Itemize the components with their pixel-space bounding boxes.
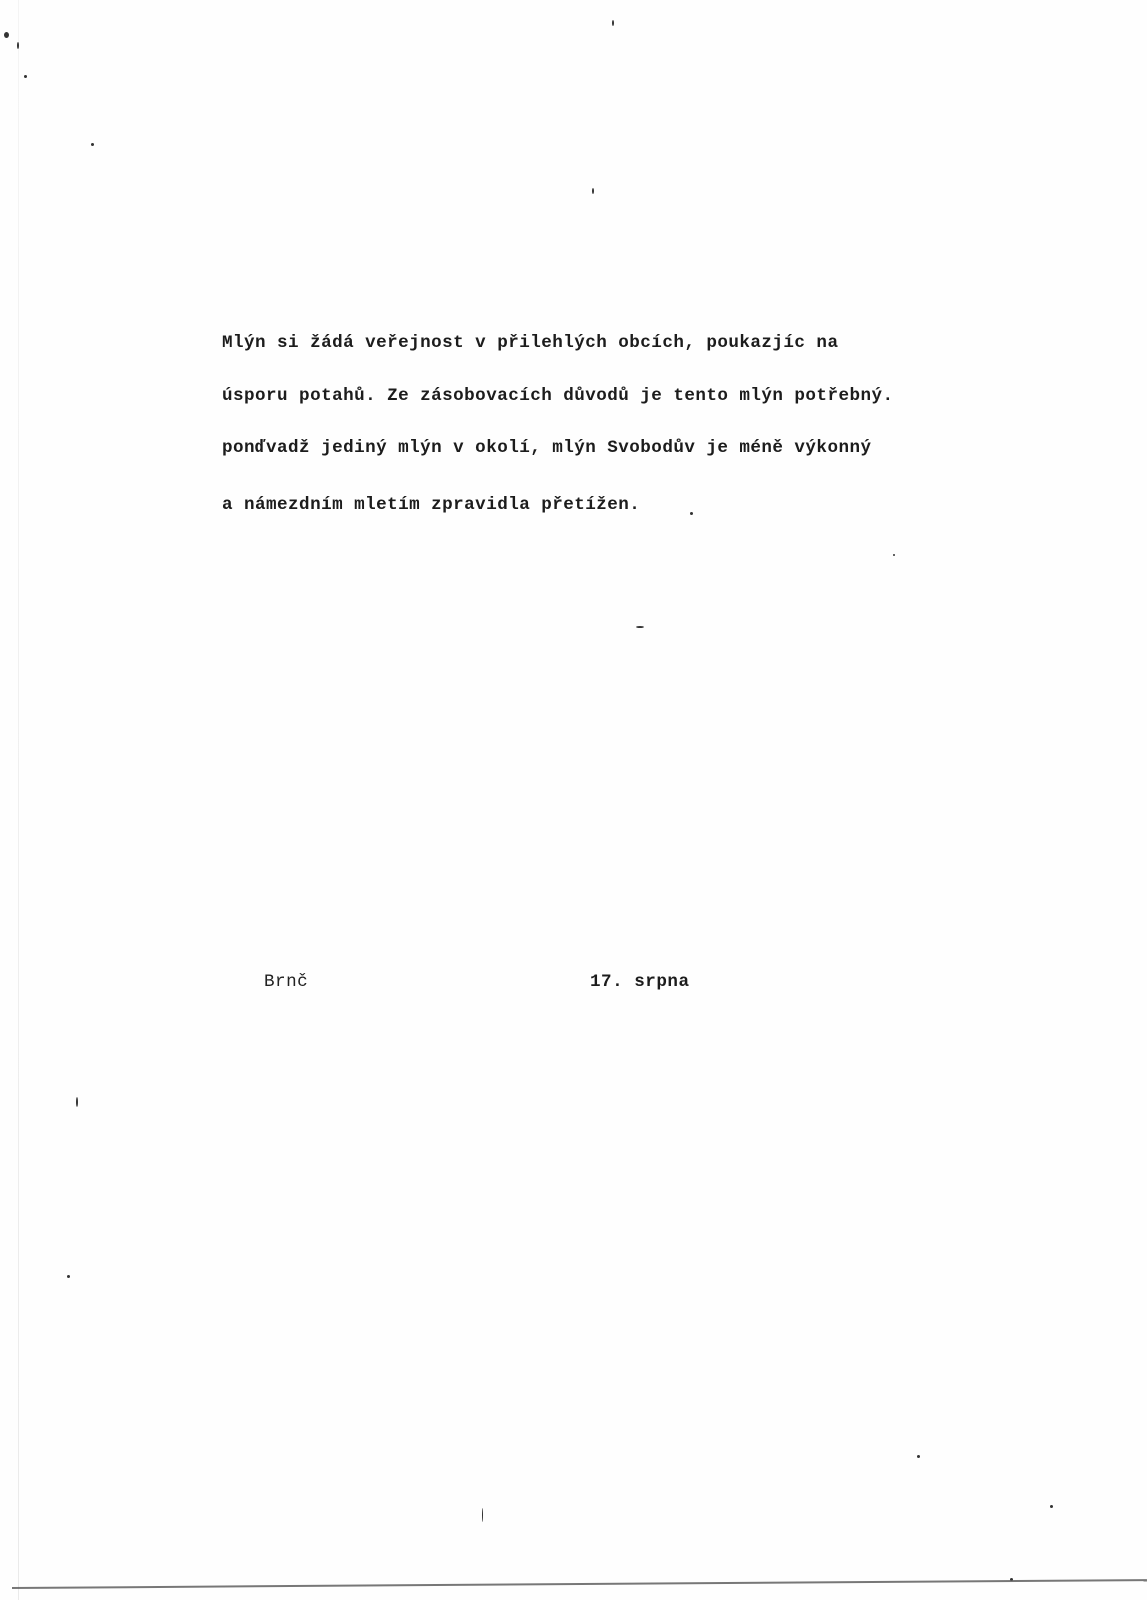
scan-speck <box>482 1508 483 1522</box>
document-date: 17. srpna <box>590 972 690 992</box>
scan-speck <box>24 75 27 78</box>
body-line-1: Mlýn si žádá veřejnost v přilehlých obcí… <box>222 335 1052 353</box>
scan-speck <box>76 1097 78 1107</box>
scan-speck <box>917 1455 920 1458</box>
scan-speck <box>690 512 693 515</box>
scan-speck <box>67 1275 70 1278</box>
page-bottom-edge <box>12 1579 1147 1589</box>
scan-speck <box>17 42 19 49</box>
scan-speck <box>592 188 594 194</box>
scan-speck <box>91 143 94 146</box>
scan-speck <box>636 626 644 628</box>
scan-speck <box>612 20 614 26</box>
scan-speck <box>1050 1505 1053 1508</box>
body-paragraph: Mlýn si žádá veřejnost v přilehlých obcí… <box>222 300 1052 549</box>
scanned-page: Mlýn si žádá veřejnost v přilehlých obcí… <box>0 0 1147 1600</box>
body-line-2: úsporu potahů. Ze zásobovacích důvodů je… <box>222 388 1052 406</box>
body-line-4: a námezdním mletím zpravidla přetížen. <box>222 497 1052 515</box>
scan-speck <box>893 554 895 556</box>
scan-speck <box>4 32 9 38</box>
place-name: Brnč <box>264 972 308 992</box>
body-line-3: ponďvadž jediný mlýn v okolí, mlýn Svobo… <box>222 440 1052 458</box>
page-left-edge <box>18 0 19 1600</box>
